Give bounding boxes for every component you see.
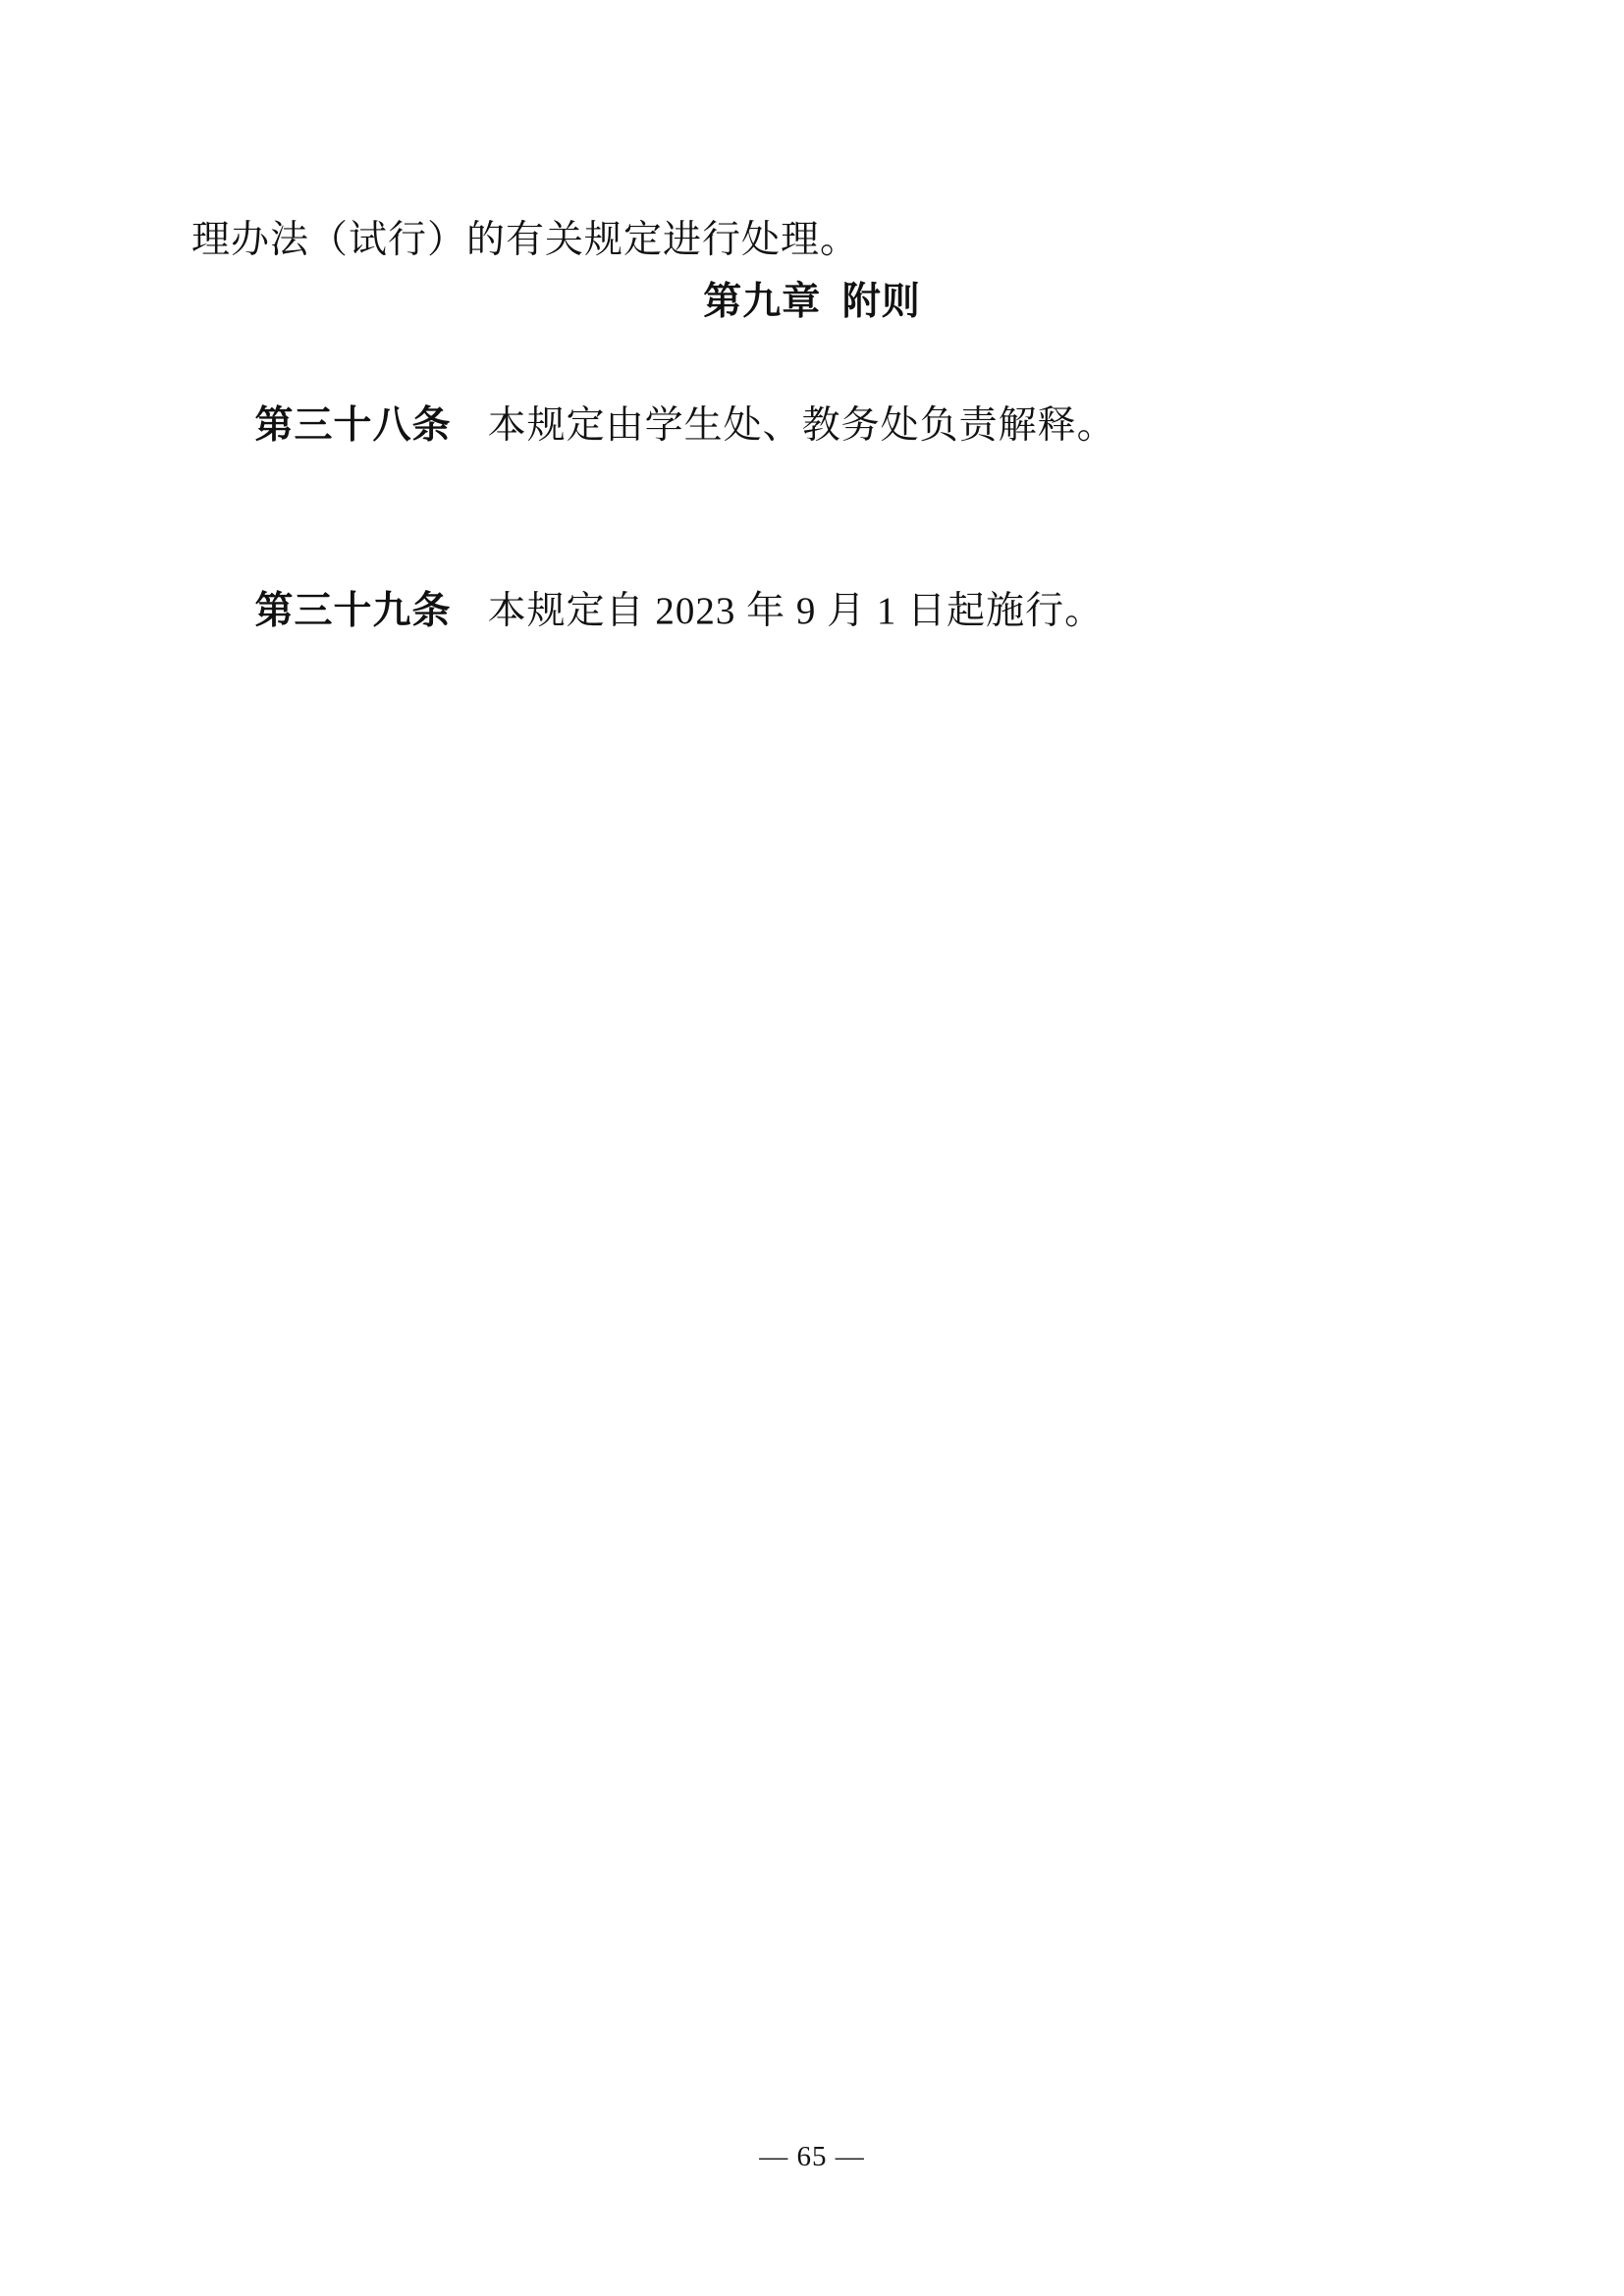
document-page: 理办法（试行）的有关规定进行处理。 第九章 附则 第三十八条本规定由学生处、教务… [0,0,1624,2296]
article-38: 第三十八条本规定由学生处、教务处负责解释。 [191,333,1433,518]
article-39-text: 本规定自 2023 年 9 月 1 日起施行。 [488,590,1105,632]
article-38-text: 本规定由学生处、教务处负责解释。 [488,404,1116,447]
document-body: 理办法（试行）的有关规定进行处理。 第九章 附则 第三十八条本规定由学生处、教务… [191,209,1433,704]
article-39: 第三十九条本规定自 2023 年 9 月 1 日起施行。 [191,518,1433,704]
article-39-number: 第三十九条 [255,590,452,632]
chapter-heading: 第九章 附则 [191,271,1433,333]
article-38-number: 第三十八条 [255,404,452,447]
paragraph-continuation: 理办法（试行）的有关规定进行处理。 [191,209,1433,271]
page-number: — 65 — [0,2140,1624,2173]
